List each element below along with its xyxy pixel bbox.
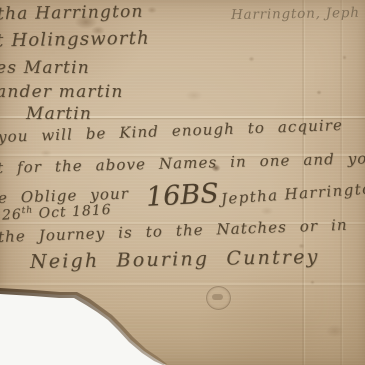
name-line: tha Harrington xyxy=(0,2,144,25)
name-line: t Holingsworth xyxy=(0,28,150,52)
archival-pencil-note: Harrington, Jeph xyxy=(231,5,360,23)
scanned-letter: Harrington, Jeph tha Harrington t Holing… xyxy=(0,0,365,365)
embossed-seal-center xyxy=(212,294,223,300)
date-day: 26 xyxy=(2,207,23,224)
flourished-monogram: 16BS xyxy=(145,178,219,213)
name-line: Martin xyxy=(26,104,92,124)
name-line: ander martin xyxy=(0,82,124,102)
embossed-seal-stamp xyxy=(206,286,231,310)
date-ordinal-suffix: th xyxy=(21,205,33,216)
name-line: es Martin xyxy=(0,58,90,78)
